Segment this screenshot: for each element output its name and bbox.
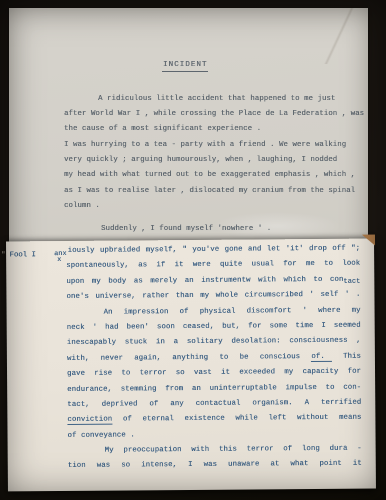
text-line: gave rise to terror so vast it exceeded … (67, 365, 361, 383)
insertion-below: x (57, 257, 61, 263)
underlined-text: conviction (67, 416, 112, 425)
underlined-text: of. (311, 353, 332, 362)
text-line: after World War I , while crossing the P… (64, 107, 356, 122)
text-line: one's universe, rather than my whole cir… (66, 288, 360, 306)
photograph-of-manuscript: INCIDENT A ridiculous little accident th… (0, 0, 386, 500)
text-segment: This (343, 352, 361, 360)
text-line: the cause of a most significant experien… (64, 122, 356, 137)
text-segment: upon my body as merely an instrumentw wi… (66, 276, 343, 286)
text-segment: with, never again, anything to be consci… (67, 353, 300, 363)
text-line: very quickly ; arguing humourously, when… (64, 153, 356, 168)
text-line-suddenly: Suddenly , I found myself 'nowhere ' . (64, 222, 356, 237)
text-line: conviction of eternal existence while le… (67, 411, 361, 429)
margin-annotation-text: Fool I (9, 251, 35, 259)
typed-insertion-correction: anxx (54, 251, 67, 263)
dropped-characters: tact (343, 278, 360, 286)
manuscript-page-bottom: "Fool I anxxiously upbraided myself, " y… (6, 239, 376, 492)
text-line: column . (64, 199, 356, 214)
text-segment: iously upbraided myself, " you've gone a… (68, 245, 361, 255)
text-line: as I was to realise later , dislocated m… (64, 184, 356, 199)
paper-tear (362, 235, 375, 246)
text-segment: of eternal existence while left without … (123, 414, 362, 424)
text-line: I was hurrying to a tea - party with a f… (64, 138, 356, 153)
typed-text-block-top: INCIDENT A ridiculous little accident th… (64, 8, 356, 237)
page-title: INCIDENT (162, 60, 208, 72)
margin-annotation: "Fool I (1, 248, 36, 264)
text-line: tion was so intense, I was unaware at wh… (68, 457, 362, 475)
typed-text-block-bottom: anxxiously upbraided myself, " you've go… (66, 242, 362, 475)
text-line: A ridiculous little accident that happen… (64, 92, 356, 107)
text-line: my head with what turned out to be exagg… (64, 168, 356, 183)
manuscript-page-top: INCIDENT A ridiculous little accident th… (9, 8, 368, 255)
margin-tick-mark: " (1, 251, 5, 259)
